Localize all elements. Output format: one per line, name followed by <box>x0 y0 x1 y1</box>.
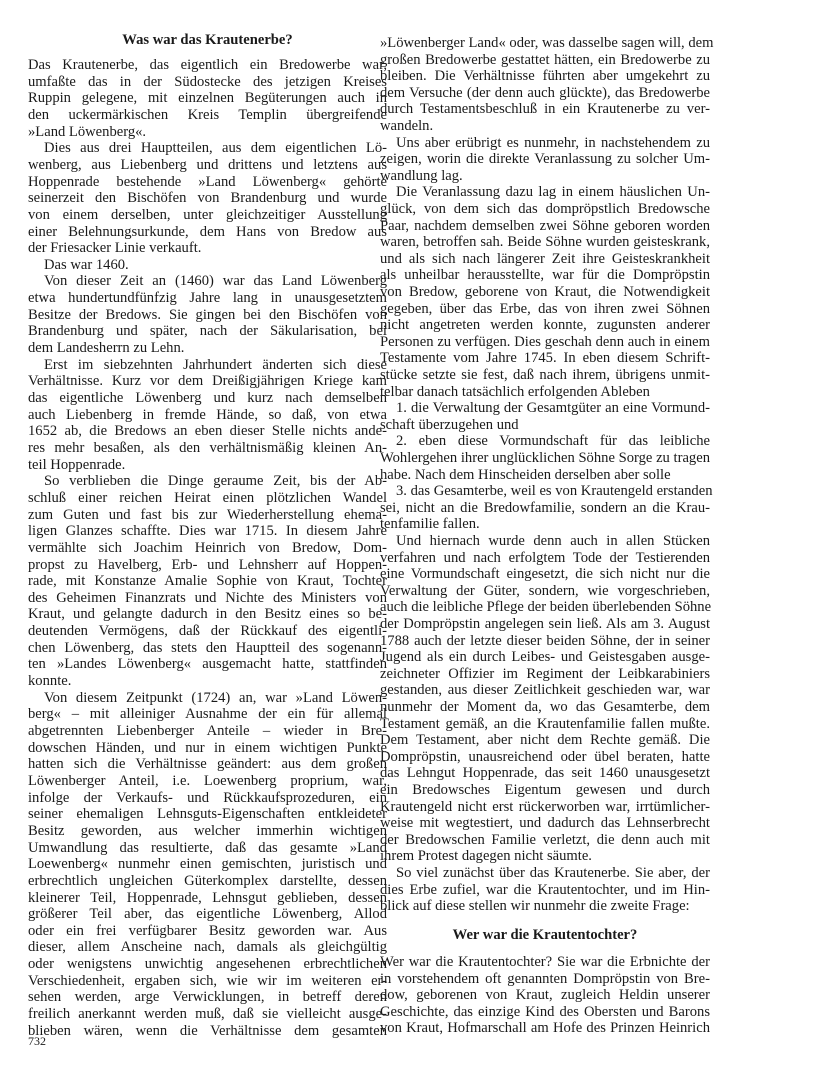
text-line: seiner ehemaligen Lehnsguts-Eigenschafte… <box>28 805 387 823</box>
text-line: seinerzeit den Bischöfen von Brandenburg… <box>28 189 387 207</box>
text-line: Besitz geworden, aus welcher immerhin wi… <box>28 822 387 840</box>
text-line: Das war 1460. <box>28 256 387 274</box>
text-line: 3. das Gesamterbe, weil es von Krautenge… <box>380 482 710 500</box>
text-line: chen Löwenberg, das stets den Hauptteil … <box>28 639 387 657</box>
text-line: abgetrennten Liebenberger Anteile – wied… <box>28 722 387 740</box>
text-line: stücke setzte sie fest, daß nach ihrem, … <box>380 366 710 384</box>
text-line: gestanden, aus dieser Zeitlichkeit gesch… <box>380 681 710 699</box>
text-line: Wohlergehen ihrer unglücklichen Söhne So… <box>380 449 710 467</box>
text-line: rade, mit Konstanze Amalie Sophie von Kr… <box>28 572 387 590</box>
text-line: oder wenigstens unwichtig angesehenen er… <box>28 955 387 973</box>
text-line: nunmehr der Moment da, wo das Gesamterbe… <box>380 698 710 716</box>
text-line: eine Vormundschaft eingesetzt, die sich … <box>380 565 710 583</box>
text-line: großen Bredowerbe gestattet hätten, ein … <box>380 51 710 69</box>
text-line: Das Krautenerbe, das eigentlich ein Bred… <box>28 56 387 74</box>
text-line: umfaßte das in der Südostecke des jetzig… <box>28 73 387 91</box>
text-line: weise mit wegtestiert, und dadurch das L… <box>380 814 710 832</box>
text-line: 1652 ab, die Bredows an eben dieser Stel… <box>28 422 387 440</box>
text-line: bleiben. Die Verhältnisse führten aber u… <box>380 67 710 85</box>
text-line: 1788 auch der letzte dieser beiden Söhne… <box>380 632 710 650</box>
text-line: Löwenberger Anteil, i.e. Loewenberg prop… <box>28 772 387 790</box>
text-line: schluß einer reichen Heirat einen plötzl… <box>28 489 387 507</box>
text-line: Dies aus drei Hauptteilen, aus dem eigen… <box>28 139 387 157</box>
text-line: sehen werden, arge Verwicklungen, in bet… <box>28 988 387 1006</box>
text-line: Hoppenrade bestehende »Land Löwenberg« g… <box>28 173 387 191</box>
text-line: von Kraut, Hofmarschall am Hofe des Prin… <box>380 1019 710 1037</box>
text-line: Wer war die Krautentochter? Sie war die … <box>380 953 710 971</box>
text-line: dieser, allem Anscheine nach, damals als… <box>28 938 387 956</box>
text-line: waren, betroffen sah. Beide Söhne wurden… <box>380 233 710 251</box>
text-line: freilich anerkannt werden muß, daß sie v… <box>28 1005 387 1023</box>
text-line: kleinerer Teil, Hoppenrade, Lehnsgut geb… <box>28 889 387 907</box>
text-line: ihrem Protest dagegen nicht säumte. <box>380 847 710 865</box>
text-line: »Land Löwenberg«. <box>28 123 387 141</box>
text-line: Brandenburg und später, nach der Säkular… <box>28 322 387 340</box>
text-line: das Lehngut Hoppenrade, das seit 1460 un… <box>380 764 710 782</box>
text-line: res mehr besaßen, als den verhältnismäßi… <box>28 439 387 457</box>
text-line: propst zu Havelberg, Erb- und Lehnsherr … <box>28 556 387 574</box>
text-line: von einem derselben, unter gleichzeitige… <box>28 206 387 224</box>
text-line: Erst im siebzehnten Jahrhundert änderten… <box>28 356 387 374</box>
text-line: dem Versuche (der denn auch glückte), da… <box>380 84 710 102</box>
text-line: 2. eben diese Vormundschaft für das leib… <box>380 432 710 450</box>
text-line: und als sich nach längerer Zeit ihre Gei… <box>380 250 710 268</box>
text-line: durch Testamentsbeschluß in ein Krautene… <box>380 100 710 118</box>
text-line: teil Hoppenrade. <box>28 456 387 474</box>
text-line: das eigentliche Löwenberg und kurz nach … <box>28 389 387 407</box>
text-line: Ruppin gelegene, mit einzelnen Begüterun… <box>28 89 387 107</box>
text-line: vermählte sich Joachim Heinrich von Bred… <box>28 539 387 557</box>
text-line: wandlung lag. <box>380 167 710 185</box>
text-line: deutenden Vermögens, daß der Rückkauf de… <box>28 622 387 640</box>
text-line: erbrechtlich ungleichen Güterkomplex dar… <box>28 872 387 890</box>
text-line: Verschiedenheit, ergaben sich, wie wir i… <box>28 972 387 990</box>
text-line: nicht angetreten werden konnte, zugunste… <box>380 316 710 334</box>
page-number: 732 <box>28 1034 46 1048</box>
text-line: Geschichte, das einzige Kind des Oberste… <box>380 1003 710 1021</box>
text-line: Loewenberg« nunmehr einen gemischten, ju… <box>28 855 387 873</box>
text-line: des Geheimen Finanzrats und Nichte des M… <box>28 589 387 607</box>
text-line: größerer Teil aber, das eigentliche Löwe… <box>28 905 387 923</box>
text-line: glück, von dem sich das dompröpstlich Br… <box>380 200 710 218</box>
text-line: wenberg, aus Liebenberg und drittens und… <box>28 156 387 174</box>
text-line: als unheilbar herausstellte, war für die… <box>380 266 710 284</box>
text-line: ein Bredowsches Eigentum gewesen und dur… <box>380 781 710 799</box>
section-heading-krautentochter: Wer war die Krautentochter? <box>380 926 710 944</box>
text-line: der Dompröpstin angelegen sein ließ. Als… <box>380 615 710 633</box>
text-line: dem Landesherrn zu Lehn. <box>28 339 387 357</box>
text-line: Testamente vom Jahre 1745. In eben diese… <box>380 349 710 367</box>
text-line: dies Erbe zufiel, war die Krautentochter… <box>380 881 710 899</box>
text-line: dow, geborenen von Kraut, zugleich Heldi… <box>380 986 710 1004</box>
text-line: zeigen, worin die direkte Veranlassung z… <box>380 150 710 168</box>
text-line: oder ein frei verfügbarer Besitz geworde… <box>28 922 387 940</box>
text-line: schaft überzugehen und <box>380 416 710 434</box>
text-line: 1. die Verwaltung der Gesamtgüter an ein… <box>380 399 710 417</box>
text-line: Personen zu verfügen. Dies geschah denn … <box>380 333 710 351</box>
text-line: habe. Nach dem Hinscheiden derselben abe… <box>380 466 710 484</box>
text-line: von Bredow, geborene von Kraut, die Notw… <box>380 283 710 301</box>
text-line: zeichneter Offizier im Regiment der Leib… <box>380 665 710 683</box>
text-line: Von dieser Zeit an (1460) war das Land L… <box>28 272 387 290</box>
text-line: konnte. <box>28 672 387 690</box>
text-line: ligen Glanzes schaffte. Dies war 1715. I… <box>28 522 387 540</box>
text-line: Paar, nachdem demselben zwei Söhne gebor… <box>380 217 710 235</box>
text-line: wandeln. <box>380 117 710 135</box>
text-line: der Friesacker Linie verkauft. <box>28 239 387 257</box>
text-line: Kraut, und gelangte dadurch in den Besit… <box>28 605 387 623</box>
text-line: infolge der Verkaufs- und Rückkaufsproze… <box>28 789 387 807</box>
text-line: etwa hundertundfünfzig Jahre lang in una… <box>28 289 387 307</box>
text-line: der Bredowschen Familie verletzt, die de… <box>380 831 710 849</box>
text-line: Krautengeld nicht erst rückerworben war,… <box>380 798 710 816</box>
text-line: Die Veranlassung dazu lag in einem häusl… <box>380 183 710 201</box>
text-line: »Löwenberger Land« oder, was dasselbe sa… <box>380 34 710 52</box>
text-line: verfahren und nach erfolgtem Tode der Te… <box>380 549 710 567</box>
text-line: Uns aber erübrigt es nunmehr, in nachste… <box>380 134 710 152</box>
text-line: Dem Testament, aber nicht dem Rechte gem… <box>380 731 710 749</box>
text-line: Umwandlung das resultierte, daß das gesa… <box>28 839 387 857</box>
text-line: Verhältnisse. Kurz vor dem Dreißigjährig… <box>28 372 387 390</box>
text-line: So verblieben die Dinge geraume Zeit, bi… <box>28 472 387 490</box>
text-line: Und hiernach wurde denn auch in allen St… <box>380 532 710 550</box>
text-line: zum Guten und fast bis zur Wiederherstel… <box>28 506 387 524</box>
text-line: in vorstehendem oft genannten Dompröpsti… <box>380 970 710 988</box>
text-line: Besitze der Bredows. Sie gingen bei den … <box>28 306 387 324</box>
text-line: sei, nicht an die Bredowfamilie, sondern… <box>380 499 710 517</box>
text-line: Dompröpstin, unausreichend oder übel ber… <box>380 748 710 766</box>
text-line: auch die leibliche Pflege der beiden übe… <box>380 598 710 616</box>
text-line: blieben wären, wenn die Verhältnisse dem… <box>28 1022 387 1040</box>
text-line: einer Belehnungsurkunde, dem Hans von Br… <box>28 223 387 241</box>
text-line: Verwaltung der Güter, sondern, wie vorge… <box>380 582 710 600</box>
text-line: Von diesem Zeitpunkt (1724) an, war »Lan… <box>28 689 387 707</box>
text-line: telbar danach tatsächlich erfolgenden Ab… <box>380 383 710 401</box>
text-line: ten »Landes Löwenberg« ausgemacht hatte,… <box>28 655 387 673</box>
text-line: den uckermärkischen Kreis Templin übergr… <box>28 106 387 124</box>
text-line: gegeben, über das Erbe, das von ihren zw… <box>380 300 710 318</box>
text-line: auch Liebenberg in fremde Hände, so daß,… <box>28 406 387 424</box>
text-line: dowschen Händen, und nur in einem wichti… <box>28 739 387 757</box>
text-line: tenfamilie fallen. <box>380 515 710 533</box>
text-line: Testament gemäß, an die Krautenfamilie f… <box>380 715 710 733</box>
text-line: So viel zunächst über das Krautenerbe. S… <box>380 864 710 882</box>
text-line: Jugend als ein durch Leibes- und Geistes… <box>380 648 710 666</box>
text-line: blick auf diese stellen wir nunmehr die … <box>380 897 710 915</box>
text-line: berg« – mit alleiniger Ausnahme der ein … <box>28 705 387 723</box>
section-heading-krautenerbe: Was war das Krautenerbe? <box>28 31 387 49</box>
text-line: hatten sich die Verhältnisse geändert: a… <box>28 755 387 773</box>
